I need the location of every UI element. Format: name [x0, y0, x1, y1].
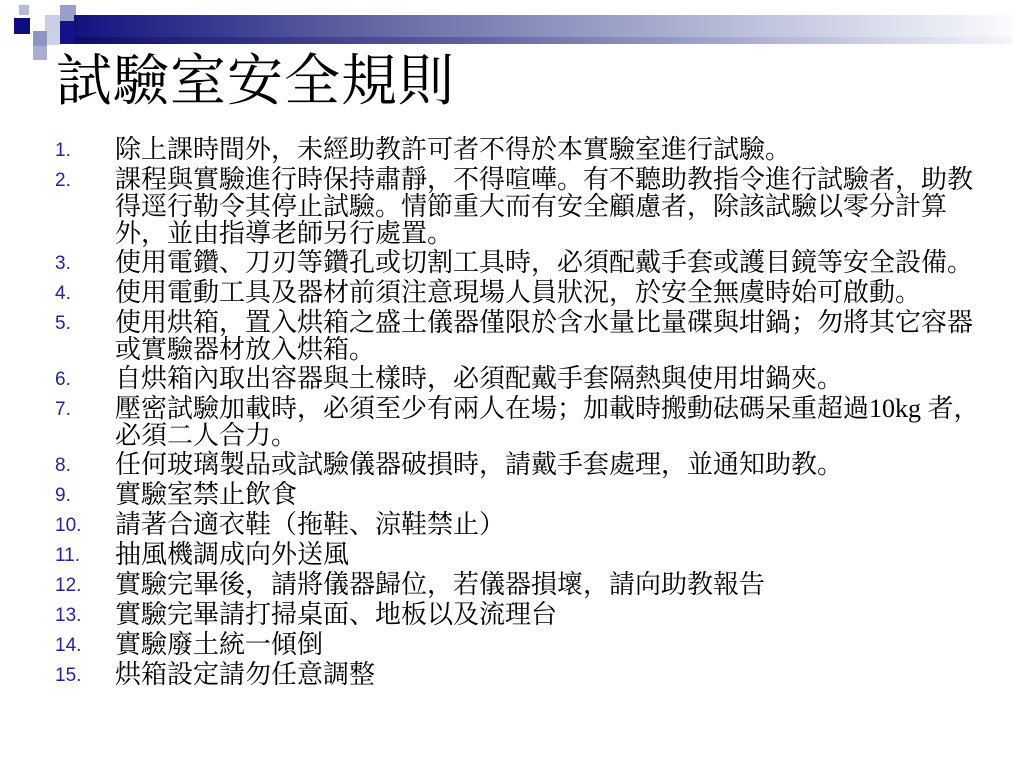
- list-item: 3.使用電鑽、刀刃等鑽孔或切割工具時，必須配戴手套或護目鏡等安全設備。: [55, 249, 987, 277]
- rule-text: 實驗完畢請打掃桌面、地板以及流理台: [115, 601, 985, 628]
- deco-square: [33, 46, 47, 60]
- rule-number: 15.: [55, 661, 115, 689]
- list-item: 11.抽風機調成向外送風: [55, 541, 987, 569]
- rule-text: 使用電鑽、刀刃等鑽孔或切割工具時，必須配戴手套或護目鏡等安全設備。: [115, 249, 985, 276]
- rule-text: 自烘箱內取出容器與土樣時，必須配戴手套隔熱與使用坩鍋夾。: [115, 365, 985, 392]
- rule-text: 實驗完畢後，請將儀器歸位，若儀器損壞，請向助教報告: [115, 571, 985, 598]
- list-item: 13.實驗完畢請打掃桌面、地板以及流理台: [55, 601, 987, 629]
- deco-square: [47, 31, 60, 45]
- list-item: 6.自烘箱內取出容器與土樣時，必須配戴手套隔熱與使用坩鍋夾。: [55, 365, 987, 393]
- rule-text: 烘箱設定請勿任意調整: [115, 661, 985, 688]
- rule-number: 6.: [55, 365, 115, 393]
- rule-number: 5.: [55, 309, 115, 337]
- deco-square: [33, 31, 47, 46]
- list-item: 12.實驗完畢後，請將儀器歸位，若儀器損壞，請向助教報告: [55, 571, 987, 599]
- list-item: 4.使用電動工具及器材前須注意現場人員狀況，於安全無虞時始可啟動。: [55, 279, 987, 307]
- rules-list: 1.除上課時間外，未經助教許可者不得於本實驗室進行試驗。2.課程與實驗進行時保持…: [55, 136, 987, 691]
- rule-number: 8.: [55, 451, 115, 479]
- rule-text: 實驗廢土統一傾倒: [115, 631, 985, 658]
- rule-text: 使用電動工具及器材前須注意現場人員狀況，於安全無虞時始可啟動。: [115, 279, 985, 306]
- deco-square: [14, 18, 30, 34]
- list-item: 2.課程與實驗進行時保持肅靜，不得喧嘩。有不聽助教指令進行試驗者，助教得逕行勒令…: [55, 166, 987, 247]
- header-bar-stripe: [74, 37, 1012, 44]
- list-item: 15.烘箱設定請勿任意調整: [55, 661, 987, 689]
- rule-number: 1.: [55, 136, 115, 164]
- rule-text: 實驗室禁止飲食: [115, 481, 985, 508]
- rule-text: 除上課時間外，未經助教許可者不得於本實驗室進行試驗。: [115, 136, 985, 163]
- list-item: 8.任何玻璃製品或試驗儀器破損時，請戴手套處理，並通知助教。: [55, 451, 987, 479]
- list-item: 5.使用烘箱，置入烘箱之盛土儀器僅限於含水量比量碟與坩鍋；勿將其它容器或實驗器材…: [55, 309, 987, 363]
- rule-number: 11.: [55, 541, 115, 569]
- rule-text: 使用烘箱，置入烘箱之盛土儀器僅限於含水量比量碟與坩鍋；勿將其它容器或實驗器材放入…: [115, 309, 985, 363]
- page-title: 試驗室安全規則: [56, 50, 455, 114]
- rule-number: 12.: [55, 571, 115, 599]
- rule-text: 請著合適衣鞋（拖鞋、涼鞋禁止）: [115, 511, 985, 538]
- list-item: 9.實驗室禁止飲食: [55, 481, 987, 509]
- list-item: 10.請著合適衣鞋（拖鞋、涼鞋禁止）: [55, 511, 987, 539]
- rule-text: 壓密試驗加載時，必須至少有兩人在場；加載時搬動砝碼呆重超過10kg 者，必須二人…: [115, 395, 985, 449]
- rule-number: 13.: [55, 601, 115, 629]
- rule-text: 任何玻璃製品或試驗儀器破損時，請戴手套處理，並通知助教。: [115, 451, 985, 478]
- slide: { "slide": { "title": "試驗室安全規則", "rules"…: [0, 0, 1024, 768]
- rule-number: 4.: [55, 279, 115, 307]
- list-item: 7.壓密試驗加載時，必須至少有兩人在場；加載時搬動砝碼呆重超過10kg 者，必須…: [55, 395, 987, 449]
- rule-number: 10.: [55, 511, 115, 539]
- rule-number: 3.: [55, 249, 115, 277]
- deco-square: [19, 5, 29, 15]
- rule-number: 7.: [55, 395, 115, 423]
- list-item: 1.除上課時間外，未經助教許可者不得於本實驗室進行試驗。: [55, 136, 987, 164]
- rule-number: 14.: [55, 631, 115, 659]
- rule-text: 抽風機調成向外送風: [115, 541, 985, 568]
- rule-number: 9.: [55, 481, 115, 509]
- header-bar: [74, 15, 1012, 37]
- rule-number: 2.: [55, 166, 115, 194]
- deco-square: [45, 15, 60, 31]
- list-item: 14.實驗廢土統一傾倒: [55, 631, 987, 659]
- rule-text: 課程與實驗進行時保持肅靜，不得喧嘩。有不聽助教指令進行試驗者，助教得逕行勒令其停…: [115, 166, 985, 247]
